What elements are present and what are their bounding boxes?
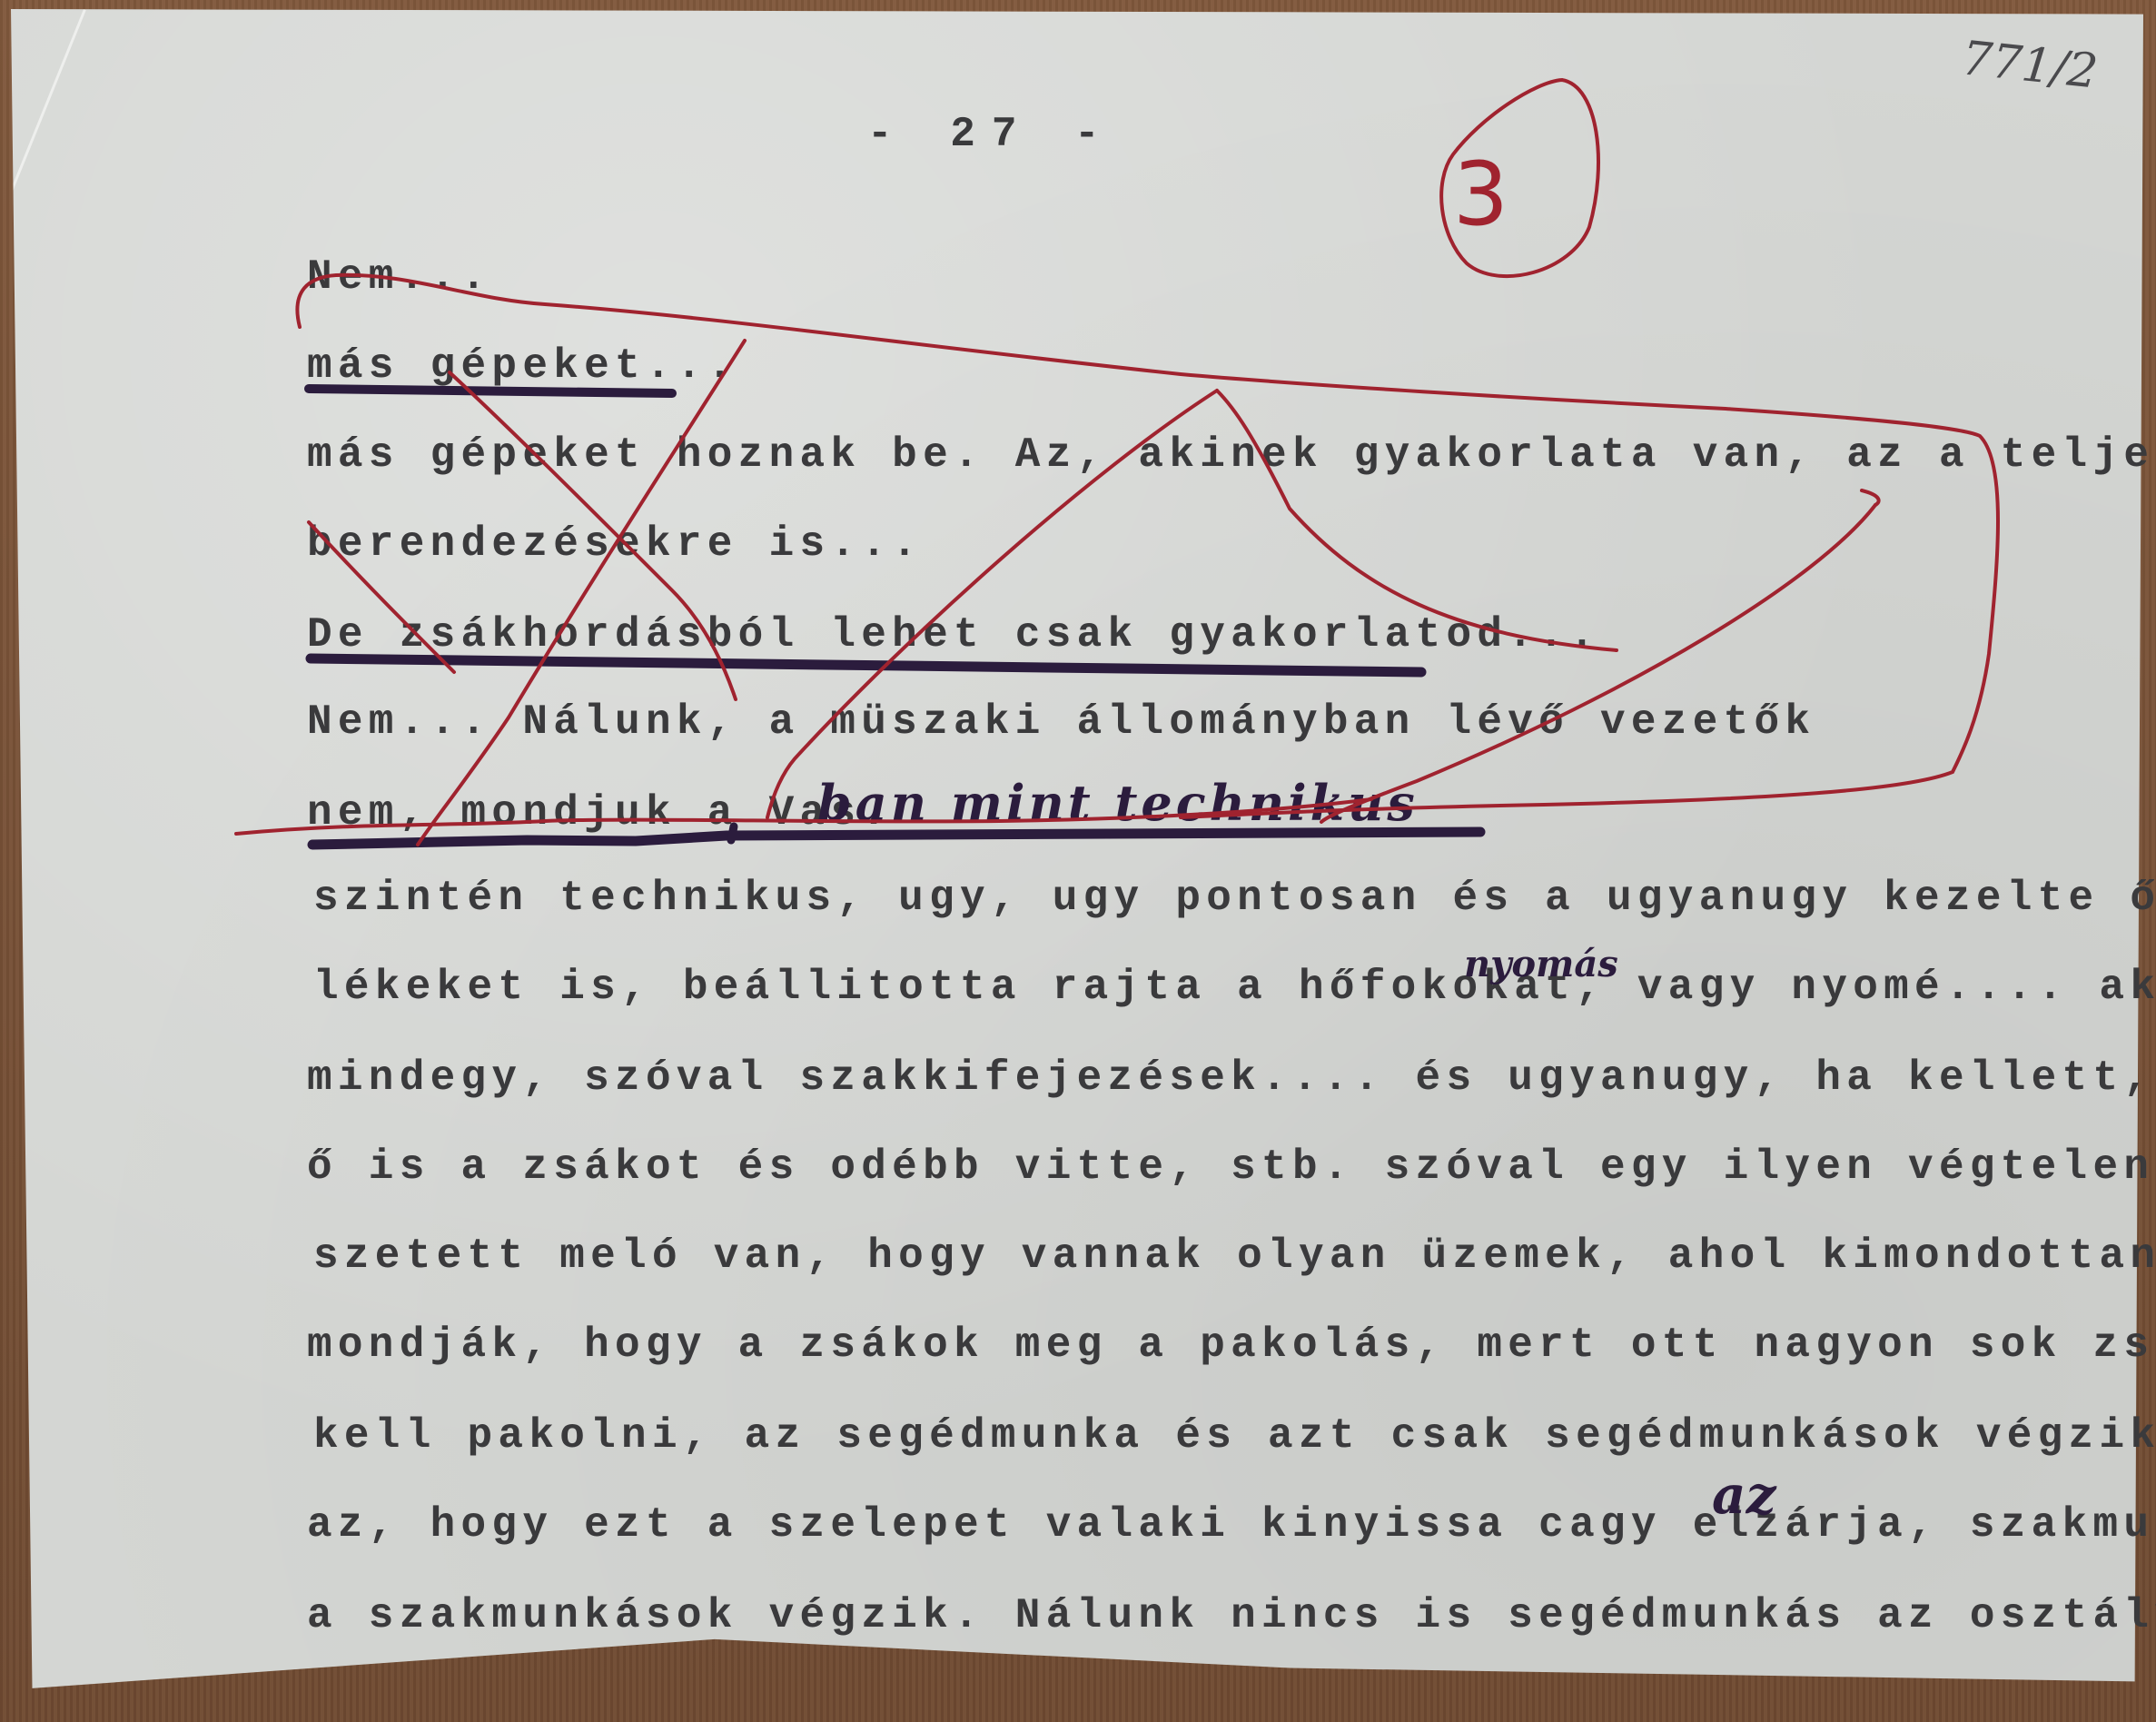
page-number: - 27 - [867, 114, 1116, 155]
typed-line-4: berendezésekre is... [307, 523, 923, 565]
typed-line-9: lékeket is, beállitotta rajta a hőfokoka… [313, 966, 2156, 1008]
typed-line-13: mondják, hogy a zsákok meg a pakolás, me… [307, 1324, 2156, 1366]
typed-line-11: ő is a zsákot és odébb vitte, stb. szóva… [307, 1146, 2156, 1188]
typed-line-16: a szakmunkások végzik. Nálunk nincs is s… [307, 1595, 2156, 1637]
handwritten-correction-az: az [1712, 1464, 1776, 1526]
circled-section-number: 3 [1453, 143, 1508, 245]
handwritten-insert: ban mint technikus [817, 774, 1419, 832]
paper-crease [0, 9, 86, 481]
typed-line-5: De zsákhordásból lehet csak gyakorlatod.… [307, 614, 1600, 656]
typed-line-3: más gépeket hoznak be. Az, akinek gyakor… [307, 434, 2156, 476]
handwritten-correction-nyomas: nyomás [1464, 943, 1618, 985]
typed-line-10: mindegy, szóval szakkifejezések.... és u… [307, 1057, 2156, 1099]
typed-line-6: Nem... Nálunk, a müszaki állományban lév… [307, 701, 1815, 743]
typed-line-8: szintén technikus, ugy, ugy pontosan és … [313, 877, 2156, 919]
typed-line-14: kell pakolni, az segédmunka és azt csak … [313, 1415, 2156, 1457]
typed-line-7: nem, mondjuk a Vas. [307, 792, 892, 834]
typed-line-15: az, hogy ezt a szelepet valaki kinyissa … [307, 1504, 2156, 1546]
typed-line-2: más gépeket... [307, 345, 738, 387]
typed-line-1: Nem... [307, 256, 491, 298]
typed-line-12: szetett meló van, hogy vannak olyan üzem… [313, 1235, 2156, 1277]
